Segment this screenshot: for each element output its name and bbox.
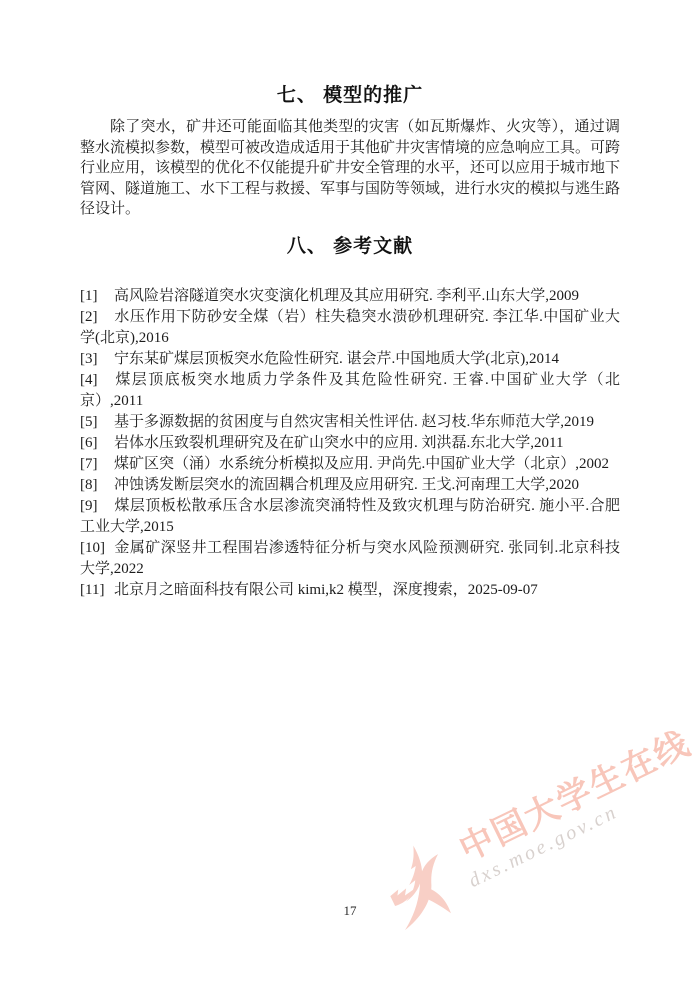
reference-item: [10]金属矿深竖井工程围岩渗透特征分析与突水风险预测研究. 张同钊.北京科技大… <box>80 538 620 580</box>
reference-label: [4] <box>80 370 114 391</box>
reference-label: [5] <box>80 412 114 433</box>
reference-text: 冲蚀诱发断层突水的流固耦合机理及应用研究. 王戈.河南理工大学,2020 <box>114 477 579 493</box>
reference-text: 水压作用下防砂安全煤（岩）柱失稳突水溃砂机理研究. 李江华.中国矿业大学(北京)… <box>80 309 620 346</box>
section-7-heading: 七、 模型的推广 <box>80 0 620 108</box>
reference-label: [6] <box>80 433 114 454</box>
reference-item: [1]高风险岩溶隧道突水灾变演化机理及其应用研究. 李利平.山东大学,2009 <box>80 286 620 307</box>
reference-item: [6]岩体水压致裂机理研究及在矿山突水中的应用. 刘洪磊.东北大学,2011 <box>80 433 620 454</box>
watermark-url: dxs.moe.gov.cn <box>465 758 700 893</box>
reference-item: [7]煤矿区突（涌）水系统分析模拟及应用. 尹尚先.中国矿业大学（北京）,200… <box>80 454 620 475</box>
reference-text: 岩体水压致裂机理研究及在矿山突水中的应用. 刘洪磊.东北大学,2011 <box>114 435 563 451</box>
reference-item: [5]基于多源数据的贫困度与自然灾害相关性评估. 赵习枝.华东师范大学,2019 <box>80 412 620 433</box>
reference-text: 煤矿区突（涌）水系统分析模拟及应用. 尹尚先.中国矿业大学（北京）,2002 <box>114 456 609 472</box>
reference-label: [1] <box>80 286 114 307</box>
reference-label: [9] <box>80 496 114 517</box>
reference-text: 金属矿深竖井工程围岩渗透特征分析与突水风险预测研究. 张同钊.北京科技大学,20… <box>80 540 620 577</box>
reference-item: [8]冲蚀诱发断层突水的流固耦合机理及应用研究. 王戈.河南理工大学,2020 <box>80 475 620 496</box>
reference-label: [3] <box>80 349 114 370</box>
section-7-paragraph: 除了突水，矿井还可能面临其他类型的灾害（如瓦斯爆炸、火灾等），通过调整水流模拟参… <box>80 117 620 220</box>
watermark-text: 中国大学生在线 <box>454 724 697 869</box>
section-8-heading: 八、 参考文献 <box>80 235 620 259</box>
reference-text: 高风险岩溶隧道突水灾变演化机理及其应用研究. 李利平.山东大学,2009 <box>114 288 579 304</box>
reference-label: [10] <box>80 538 114 559</box>
reference-item: [4]煤层顶底板突水地质力学条件及其危险性研究. 王睿.中国矿业大学（北京）,2… <box>80 370 620 412</box>
reference-text: 煤层顶底板突水地质力学条件及其危险性研究. 王睿.中国矿业大学（北京）,2011 <box>80 372 620 409</box>
reference-item: [9]煤层顶板松散承压含水层渗流突涌特性及致灾机理与防治研究. 施小平.合肥工业… <box>80 496 620 538</box>
reference-item: [11]北京月之暗面科技有限公司 kimi,k2 模型，深度搜索，2025-09… <box>80 580 620 601</box>
page-content: 七、 模型的推广 除了突水，矿井还可能面临其他类型的灾害（如瓦斯爆炸、火灾等），… <box>80 0 620 601</box>
watermark-text-block: 中国大学生在线 dxs.moe.gov.cn <box>454 724 700 890</box>
document-page: 中国大学生在线 dxs.moe.gov.cn 七、 模型的推广 除了突水，矿井还… <box>0 0 700 989</box>
page-number: 17 <box>0 903 700 919</box>
reference-text: 北京月之暗面科技有限公司 kimi,k2 模型，深度搜索，2025-09-07 <box>114 582 538 598</box>
reference-text: 煤层顶板松散承压含水层渗流突涌特性及致灾机理与防治研究. 施小平.合肥工业大学,… <box>80 498 620 535</box>
reference-label: [7] <box>80 454 114 475</box>
reference-label: [8] <box>80 475 114 496</box>
reference-label: [2] <box>80 307 114 328</box>
reference-text: 基于多源数据的贫困度与自然灾害相关性评估. 赵习枝.华东师范大学,2019 <box>114 414 594 430</box>
reference-item: [2]水压作用下防砂安全煤（岩）柱失稳突水溃砂机理研究. 李江华.中国矿业大学(… <box>80 307 620 349</box>
bird-logo-icon <box>368 823 484 943</box>
reference-text: 宁东某矿煤层顶板突水危险性研究. 谌会芹.中国地质大学(北京),2014 <box>114 351 559 367</box>
reference-item: [3]宁东某矿煤层顶板突水危险性研究. 谌会芹.中国地质大学(北京),2014 <box>80 349 620 370</box>
reference-list: [1]高风险岩溶隧道突水灾变演化机理及其应用研究. 李利平.山东大学,2009 … <box>80 286 620 601</box>
reference-label: [11] <box>80 580 114 601</box>
